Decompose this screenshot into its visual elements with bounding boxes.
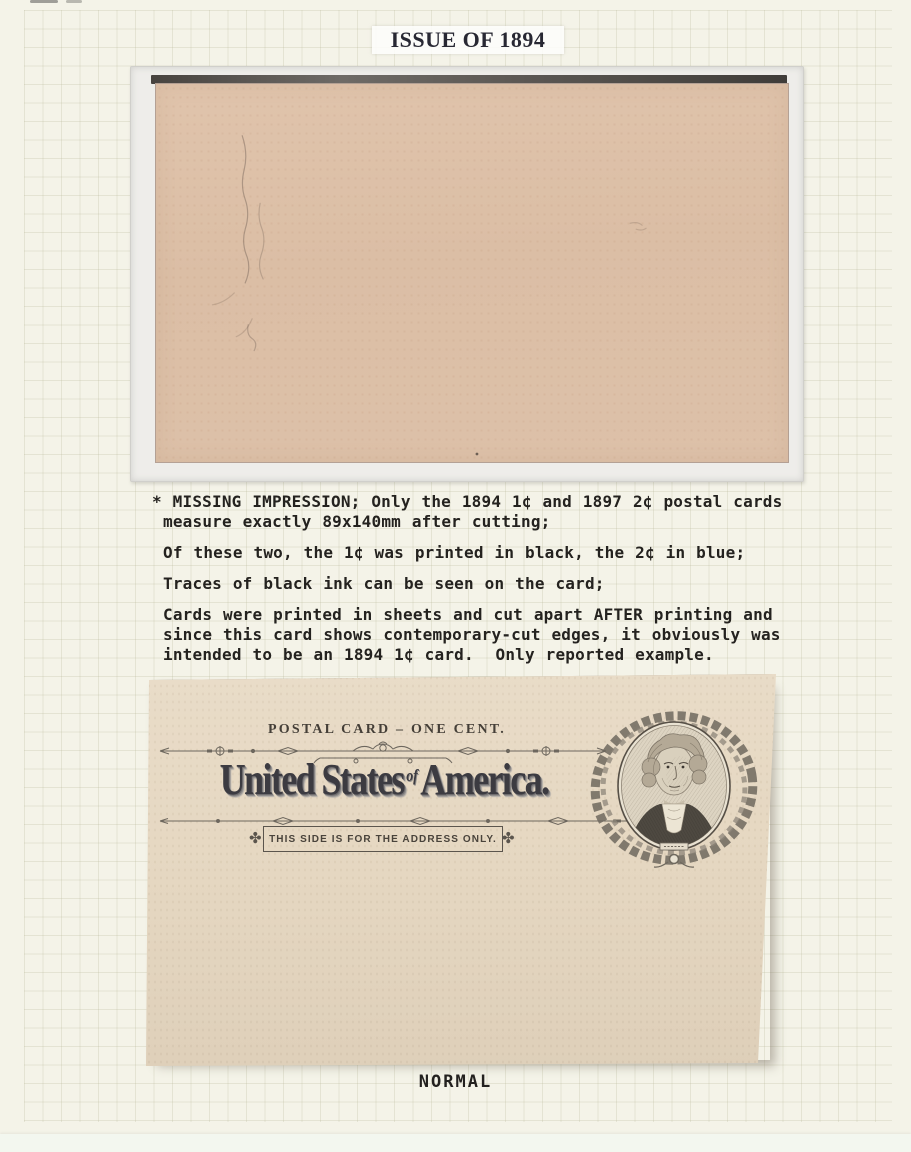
page-title: ISSUE OF 1894 [391,27,546,53]
note-line: Of these two, the 1¢ was printed in blac… [152,543,832,563]
note-line: * MISSING IMPRESSION; Only the 1894 1¢ a… [152,492,832,512]
bottom-caption: NORMAL [0,1072,911,1092]
note-line: Cards were printed in sheets and cut apa… [152,605,832,625]
printed-postal-card: POSTAL CARD – ONE CENT. [146,674,778,1066]
ink-traces [156,84,788,462]
note-paragraph: Traces of black ink can be seen on the c… [152,574,832,594]
note-line: Traces of black ink can be seen on the c… [152,574,832,594]
note-paragraph: Of these two, the 1¢ was printed in blac… [152,543,832,563]
card-title-of: of [406,766,418,785]
scan-artifact [30,0,58,3]
scan-artifact [66,0,82,3]
album-page: ISSUE OF 1894 * MISSING IMPRESSION; Only… [0,0,911,1152]
note-paragraph: * MISSING IMPRESSION; Only the 1894 1¢ a… [152,492,832,532]
card-title-left: United States [220,755,404,804]
fleuron-right-icon: ✤ [502,831,515,846]
jefferson-portrait-icon [584,704,764,870]
blank-card-mount [130,66,804,482]
card-header: POSTAL CARD – ONE CENT. [264,722,510,738]
note-paragraph: Cards were printed in sheets and cut apa… [152,605,832,665]
address-notice-box: THIS SIDE IS FOR THE ADDRESS ONLY. [263,826,503,852]
note-line: measure exactly 89x140mm after cutting; [152,512,832,532]
fleuron-left-icon: ✤ [249,831,262,846]
note-line: since this card shows contemporary-cut e… [152,625,832,645]
scanner-edge-strip [0,1134,911,1152]
card-title: United StatesofAmerica. [204,756,565,813]
blank-postal-card [155,83,789,463]
address-notice: THIS SIDE IS FOR THE ADDRESS ONLY. [269,834,497,845]
page-title-label: ISSUE OF 1894 [372,26,564,54]
notes-block: * MISSING IMPRESSION; Only the 1894 1¢ a… [152,492,832,676]
card-title-right: America. [420,755,548,804]
note-line: intended to be an 1894 1¢ card. Only rep… [152,645,832,665]
